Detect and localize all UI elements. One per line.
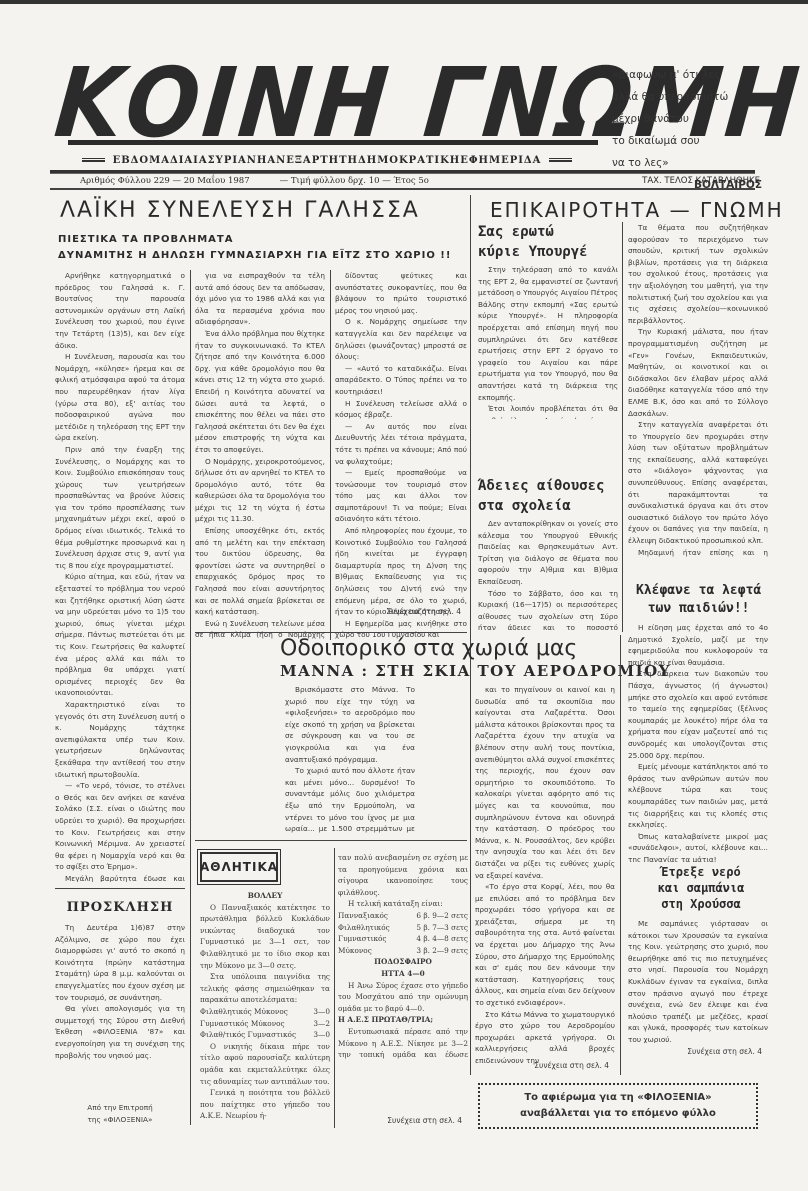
column-rule bbox=[190, 270, 191, 880]
paragraph: ταν πολύ ανεβασμένη σε σχέση με τα προηγ… bbox=[338, 852, 468, 898]
quote-line: το δικαίωμά σου bbox=[612, 130, 782, 152]
paragraph: Χαρακτηριστικό είναι το γεγονός ότι στη … bbox=[55, 699, 185, 780]
article-title: Άδειες αίθουσες στα σχολεία bbox=[478, 476, 604, 516]
subtitle-word: ΔΗΜΟΚΡΑΤΙΚΗ bbox=[358, 155, 460, 166]
article-title: Σας ερωτώ κύριε Υπουργέ bbox=[478, 222, 588, 262]
standing-record: 5 β. 7—3 σετς bbox=[416, 922, 468, 934]
title-line: και σαμπάνια bbox=[636, 880, 766, 896]
sports-column-2: ταν πολύ ανεβασμένη σε σχέση με τα προηγ… bbox=[338, 852, 468, 1062]
postage-note: ΤΑΧ. ΤΕΛΟΣ ΚΑΤΑΒΛΗΘΗΚΕ bbox=[642, 176, 760, 188]
masthead-subtitle: ΕΒΔΟΜΑΔΙΑΙΑ ΣΥΡΙΑΝΗ ΑΝΕΞΑΡΤΗΤΗ ΔΗΜΟΚΡΑΤΙ… bbox=[82, 152, 572, 168]
paragraph: Στη διάρκεια των διακοπών του Πάσχα, άγν… bbox=[628, 668, 768, 761]
result-match: Φιλαθλητικός Μύκονος bbox=[200, 1006, 305, 1018]
paragraph: Εμείς μένουμε κατάπληκτοι από το θράσος … bbox=[628, 761, 768, 831]
subtitle-word: ΑΝΕΞΑΡΤΗΤΗ bbox=[267, 155, 358, 166]
subtitle-word: ΣΥΡΙΑΝΗ bbox=[208, 155, 268, 166]
paragraph: Ένα άλλο πρόβλημα που θίχτηκε ήταν το συ… bbox=[195, 328, 325, 456]
notice-line: Το αφιέρωμα για τη «ΦΙΛΟΞΕΝΙΑ» bbox=[524, 1090, 711, 1106]
title-line: των παιδιών!! bbox=[636, 600, 761, 618]
paragraph: Βρισκόμαστε στο Μάννα. Το χωριό που είχε… bbox=[285, 684, 415, 765]
result-score: 3—2 bbox=[313, 1018, 330, 1030]
paragraph: Η είδηση μας έρχεται από το 4ο Δημοτικό … bbox=[628, 622, 768, 668]
standing-team: Μύκονος bbox=[338, 945, 408, 957]
opinion-article-3: Η είδηση μας έρχεται από το 4ο Δημοτικό … bbox=[628, 622, 768, 862]
paragraph: — «Αυτό το καταδικάζω. Είναι απαράδεκτο.… bbox=[335, 363, 467, 398]
paragraph: Η Άνω Σύρος έχασε στο γήπεδο του Μοσχάτο… bbox=[338, 980, 468, 1015]
paragraph: Στην τηλεόραση από το κανάλι της ΕΡΤ 2, … bbox=[478, 264, 618, 403]
paragraph: Η τελική κατάταξη είναι: bbox=[338, 898, 468, 910]
invitation-body: Τη Δευτέρα 1)6)87 στην Αζόλιμνο, σε χώρο… bbox=[55, 922, 185, 1102]
paragraph: δίδοντας ψεύτικες και ανυπόστατες συκοφα… bbox=[335, 270, 467, 316]
standing-record: 3 β. 2—9 σετς bbox=[416, 945, 468, 957]
lead-subhead-1: ΠΙΕΣΤΙΚΑ ΤΑ ΠΡΟΒΛΗΜΑΤΑ bbox=[58, 234, 234, 245]
article-title: Κλέφανε τα λεφτά των παιδιών!! bbox=[636, 582, 761, 618]
divider bbox=[55, 888, 185, 889]
column-rule bbox=[190, 880, 191, 1125]
paragraph: Στο Κάτω Μάννα το χωματουργικό έργο στο … bbox=[475, 1009, 615, 1067]
paragraph: και το πηγαίνουν οι καινοί και η δυσωδία… bbox=[475, 684, 615, 881]
subtitle-word: ΕΒΔΟΜΑΔΙΑΙΑ bbox=[113, 155, 208, 166]
volley-title: ΒΟΛΛΕΥ bbox=[200, 890, 330, 902]
title-line: στη Χρούσσα bbox=[636, 896, 766, 912]
paragraph: Στην καταγγελία αναφέρεται ότι το Υπουργ… bbox=[628, 419, 768, 547]
results-table: Φιλαθλητικός Μύκονος3—0 Γυμναστικός Μύκο… bbox=[200, 1006, 330, 1041]
philoxenia-notice: Το αφιέρωμα για τη «ΦΙΛΟΞΕΝΙΑ» αναβάλλετ… bbox=[478, 1083, 758, 1129]
subtitle-word: ΕΦΗΜΕΡΙΔΑ bbox=[460, 155, 541, 166]
lead-column-3: δίδοντας ψεύτικες και ανυπόστατες συκοφα… bbox=[335, 270, 467, 640]
continue-link[interactable]: Συνέχεια στη σελ. 4 bbox=[475, 1060, 615, 1072]
paragraph: Ο κ. Νομάρχης σημείωσε την καταγγελία κα… bbox=[335, 316, 467, 362]
divider bbox=[50, 188, 755, 190]
column-rule bbox=[620, 635, 621, 1075]
paragraph: Το χωριό αυτό που άλλοτε ήταν και μένει … bbox=[285, 765, 415, 834]
paragraph: Από πληροφορίες που έχουμε, το Κοινοτικό… bbox=[335, 525, 467, 618]
paragraph: Την Κυριακή μάλιστα, που ήταν προγραμματ… bbox=[628, 326, 768, 419]
travelogue-column-2: και το πηγαίνουν οι καινοί και η δυσωδία… bbox=[475, 684, 615, 1069]
signature-line: Από την Επιτροπή bbox=[55, 1102, 185, 1114]
paragraph: Εντυπωσιακά πέρασε από την Μύκονο η Α.Ε.… bbox=[338, 1026, 468, 1062]
newspaper-logo: ΚΟΙΝΗ ΓΝΩΜΗ bbox=[51, 58, 550, 148]
football-title: ΠΟΔΟΣΦΑΙΡΟ bbox=[338, 956, 468, 968]
invitation-signature: Από την Επιτροπή της «ΦΙΛΟΞΕΝΙΑ» bbox=[55, 1102, 185, 1125]
paragraph: Τα θέματα που συζητήθηκαν αφορούσαν το π… bbox=[628, 222, 768, 326]
standing-team: Πανναξιακός bbox=[338, 910, 408, 922]
column-rule bbox=[470, 195, 471, 1075]
aes-title: Η Α.Ε.Σ ΠΡΩΤΑΘ/ΤΡΙΑ; bbox=[338, 1014, 468, 1026]
invitation-title: ΠΡΟΣΚΛΗΣΗ bbox=[55, 900, 185, 915]
paragraph: Δεν ανταποκρίθηκαν οι γονείς στο κάλεσμα… bbox=[478, 518, 618, 588]
paragraph: Ο Νομάρχης, χειροκροτούμενος, δήλωσε ότι… bbox=[195, 456, 325, 526]
lead-headline: ΛΑΪΚΗ ΣΥΝΕΛΕΥΣΗ ΓΑΛΗΣΣΑ bbox=[60, 198, 420, 223]
standing-record: 6 β. 9—2 σετς bbox=[416, 910, 468, 922]
notice-line: αναβάλλεται για το επόμενο φύλλο bbox=[520, 1106, 716, 1122]
standings-table: Πανναξιακός6 β. 9—2 σετς Φιλαθλητικός5 β… bbox=[338, 910, 468, 956]
divider bbox=[195, 840, 467, 841]
travelogue-headline: Οδοιπορικό στα χωριά μας bbox=[280, 636, 577, 661]
result-score: 3—0 bbox=[313, 1029, 330, 1041]
result-match: Γυμναστικός Μύκονος bbox=[200, 1018, 305, 1030]
opinion-article-2-cont: Τα θέματα που συζητήθηκαν αφορούσαν το π… bbox=[628, 222, 768, 557]
travelogue-subhead: ΜΑΝΝΑ : ΣΤΗ ΣΚΙΑ ΤΟΥ ΑΕΡΟΔΡΟΜΙΟΥ bbox=[280, 662, 671, 680]
lead-column-2: για να εισπραχθούν τα τέλη αυτά από όσου… bbox=[195, 270, 325, 640]
title-line: στα σχολεία bbox=[478, 496, 604, 516]
paragraph: — «Το νερό, τόνισε, το στέλνει ο Θεός κα… bbox=[55, 780, 185, 873]
paragraph: Ο Πανναξιακός κατέκτησε το πρωτάθλημα βό… bbox=[200, 902, 330, 972]
sports-section-box: ΑΘΛΗΤΙΚΑ bbox=[200, 852, 278, 882]
paragraph: Η Συνέλευση, παρουσία και του Νομάρχη, «… bbox=[55, 351, 185, 444]
standing-team: Γυμναστικός bbox=[338, 933, 408, 945]
divider bbox=[50, 173, 755, 174]
paragraph: — Εμείς προσπαθούμε να τονώσουμε τον του… bbox=[335, 467, 467, 525]
issue-number: Αριθμός Φύλλου 229 — 20 Μαΐου 1987 bbox=[80, 176, 250, 188]
paragraph: Αρνήθηκε κατηγορηματικά ο πρόεδρος του Γ… bbox=[55, 270, 185, 351]
quote-line: «Διαφωνώ μ' ότι λες bbox=[612, 64, 782, 86]
opinion-section-title: ΕΠΙΚΑΙΡΟΤΗΤΑ — ΓΝΩΜΗ bbox=[490, 198, 784, 222]
article-title: Έτρεξε νερό και σαμπάνια στη Χρούσσα bbox=[636, 864, 766, 912]
top-border bbox=[0, 0, 808, 4]
title-line: Σας ερωτώ bbox=[478, 222, 588, 242]
paragraph: Όπως καταλαβαίνετε μικροί μας «συνάδελφο… bbox=[628, 831, 768, 862]
football-subtitle: ΗΤΤΑ 4—0 bbox=[338, 968, 468, 980]
result-score: 3—0 bbox=[313, 1006, 330, 1018]
paragraph: Μηδαμινή ήταν επίσης και η παρουσία μαθη… bbox=[628, 547, 768, 557]
masthead-underline bbox=[68, 140, 598, 145]
travelogue-column-1: Βρισκόμαστε στο Μάννα. Το χωριό που είχε… bbox=[285, 684, 415, 834]
decorative-rule bbox=[82, 158, 105, 162]
paragraph: Ο νικητής δίκαια πήρε τον τίτλο αφού παρ… bbox=[200, 1041, 330, 1087]
issue-info-row: Αριθμός Φύλλου 229 — 20 Μαΐου 1987 — Τιμ… bbox=[80, 176, 760, 188]
paragraph: Στα υπόλοιπα παιγνίδια της τελικής φάσης… bbox=[200, 971, 330, 1006]
paragraph: για να εισπραχθούν τα τέλη αυτά από όσου… bbox=[195, 270, 325, 328]
paragraph: Τόσο το Σάββατο, όσο και τη Κυριακή (16—… bbox=[478, 588, 618, 630]
quote-line: μέχρι θανάτου bbox=[612, 108, 782, 130]
continue-link[interactable]: Συνέχεια στη σελ. 4 bbox=[338, 1115, 468, 1127]
paragraph: — Αν αυτός που είναι Διευθυντής λέει τέτ… bbox=[335, 421, 467, 467]
title-line: Έτρεξε νερό bbox=[636, 864, 766, 880]
paragraph: Τη Δευτέρα 1)6)87 στην Αζόλιμνο, σε χώρο… bbox=[55, 922, 185, 1003]
issue-price: — Τιμή φύλλου δρχ. 10 — Έτος 5ο bbox=[280, 176, 429, 188]
newspaper-page: ΚΟΙΝΗ ΓΝΩΜΗ «Διαφωνώ μ' ότι λες αλλά θα … bbox=[0, 0, 808, 1191]
paragraph: Έτσι λοιπόν προβλέπεται ότι θα στηθεί όλ… bbox=[478, 403, 618, 419]
quote-line: αλλά θα υπερασπιστώ bbox=[612, 86, 782, 108]
column-rule bbox=[622, 222, 623, 632]
sports-column-1: ΒΟΛΛΕΥ Ο Πανναξιακός κατέκτησε το πρωτάθ… bbox=[200, 890, 330, 1130]
column-rule bbox=[330, 270, 331, 640]
paragraph: Η Συνέλευση τελείωσε αλλά ο κόσμος έβραζ… bbox=[335, 398, 467, 421]
paragraph: Γενικά η ποιότητα του βόλλεϋ που παίχτηκ… bbox=[200, 1087, 330, 1122]
title-line: Άδειες αίθουσες bbox=[478, 476, 604, 496]
paragraph: Κύριο αίτημα, και εδώ, ήταν να εξεταστεί… bbox=[55, 571, 185, 699]
divider bbox=[195, 632, 467, 633]
lead-column-1: Αρνήθηκε κατηγορηματικά ο πρόεδρος του Γ… bbox=[55, 270, 185, 882]
standing-team: Φιλαθλητικός bbox=[338, 922, 408, 934]
signature-line: της «ΦΙΛΟΞΕΝΙΑ» bbox=[55, 1114, 185, 1126]
opinion-article-4: Με σαμπάνιες γιόρτασαν οι κάτοικοι των Χ… bbox=[628, 918, 768, 1043]
paragraph: Πριν από την έναρξη της Συνέλευσης, ο Νο… bbox=[55, 444, 185, 572]
decorative-rule bbox=[549, 158, 572, 162]
paragraph: Επίσης υποσχέθηκε ότι, εκτός από τη μελέ… bbox=[195, 525, 325, 618]
title-line: Κλέφανε τα λεφτά bbox=[636, 582, 761, 600]
opinion-article-1: Στην τηλεόραση από το κανάλι της ΕΡΤ 2, … bbox=[478, 264, 618, 419]
paragraph: Με σαμπάνιες γιόρτασαν οι κάτοικοι των Χ… bbox=[628, 918, 768, 1043]
continue-link[interactable]: Συνέχεια στη σελ. 4 bbox=[335, 606, 467, 618]
paragraph: Θα γίνει απολογισμός για τη συμμετοχή τη… bbox=[55, 1003, 185, 1061]
paragraph: Μεγάλη βαρύτητα έδωσε και στο θέμα είσπρ… bbox=[55, 873, 185, 882]
column-rule bbox=[334, 848, 335, 1128]
opinion-article-2: Δεν ανταποκρίθηκαν οι γονείς στο κάλεσμα… bbox=[478, 518, 618, 630]
continue-link[interactable]: Συνέχεια στη σελ. 4 bbox=[628, 1046, 768, 1058]
standing-record: 4 β. 4—8 σετς bbox=[416, 933, 468, 945]
title-line: κύριε Υπουργέ bbox=[478, 242, 588, 262]
result-match: Φιλαθ/τικός Γυμναστικός bbox=[200, 1029, 305, 1041]
lead-subhead-2: ΔΥΝΑΜΙΤΗΣ Η ΔΗΛΩΣΗ ΓΥΜΝΑΣΙΑΡΧΗ ΓΙΑ ΕΪΤΖ … bbox=[58, 250, 451, 261]
paragraph: «Το έργο στα Κορφί, λέει, που θα με επιλ… bbox=[475, 881, 615, 1009]
